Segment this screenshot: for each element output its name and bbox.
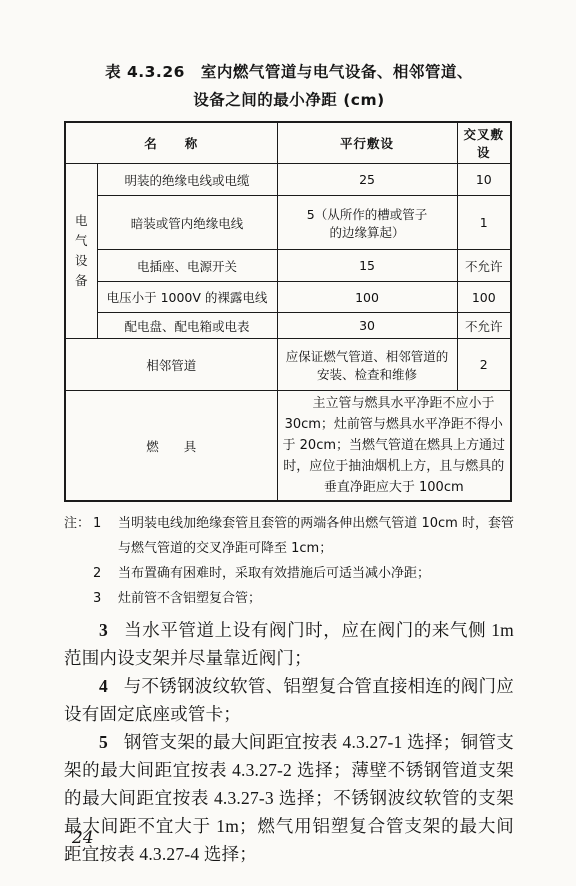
row-name: 电插座、电源开关 xyxy=(97,250,277,282)
note-number: 1 xyxy=(93,511,118,561)
note-text: 当布置确有困难时，采取有效措施后可适当减小净距； xyxy=(118,561,514,586)
table-row-gas-appliance: 燃 具 主立管与燃具水平净距不应小于 30cm；灶前管与燃具水平净距不得小于 2… xyxy=(65,391,511,502)
note-item: 2 当布置确有困难时，采取有效措施后可适当减小净距； xyxy=(64,561,514,586)
table-header-row: 名 称 平行敷设 交叉敷设 xyxy=(65,122,511,164)
row-parallel: 15 xyxy=(277,250,457,282)
table-row: 电压小于 1000V 的裸露电线 100 100 xyxy=(65,282,511,313)
clause-text: 钢管支架的最大间距宜按表 4.3.27-1 选择；铜管支架的最大间距宜按表 4.… xyxy=(64,732,514,864)
row-name: 配电盘、配电箱或电表 xyxy=(97,313,277,339)
page-content: 表 4.3.26 室内燃气管道与电气设备、相邻管道、 设备之间的最小净距 (cm… xyxy=(0,0,576,868)
clause-text: 与不锈钢波纹软管、铝塑复合管直接相连的阀门应设有固定底座或管卡； xyxy=(64,676,514,724)
row-name: 明装的绝缘电线或电缆 xyxy=(97,164,277,196)
row-cross: 1 xyxy=(457,196,511,250)
table-title: 表 4.3.26 室内燃气管道与电气设备、相邻管道、 设备之间的最小净距 (cm… xyxy=(64,58,514,114)
clause-5: 5钢管支架的最大间距宜按表 4.3.27-1 选择；铜管支架的最大间距宜按表 4… xyxy=(64,728,514,868)
row-parallel: 25 xyxy=(277,164,457,196)
row-parallel: 5（从所作的槽或管子 的边缘算起） xyxy=(277,196,457,250)
row-parallel: 100 xyxy=(277,282,457,313)
row-name: 燃 具 xyxy=(65,391,277,502)
table-row: 电气 设备 明装的绝缘电线或电缆 25 10 xyxy=(65,164,511,196)
row-cross: 不允许 xyxy=(457,250,511,282)
group-label-electrical: 电气 设备 xyxy=(65,164,97,339)
row-parallel: 应保证燃气管道、相邻管道的 安装、检查和维修 xyxy=(277,339,457,391)
header-cross: 交叉敷设 xyxy=(457,122,511,164)
table-row-adjacent-pipes: 相邻管道 应保证燃气管道、相邻管道的 安装、检查和维修 2 xyxy=(65,339,511,391)
row-cross: 不允许 xyxy=(457,313,511,339)
page-number: 24 xyxy=(72,828,94,848)
note-number: 2 xyxy=(93,561,118,586)
note-item: 注： 1 当明装电线加绝缘套管且套管的两端各伸出燃气管道 10cm 时，套管与燃… xyxy=(64,511,514,561)
header-parallel: 平行敷设 xyxy=(277,122,457,164)
row-cross: 100 xyxy=(457,282,511,313)
clause-number: 5 xyxy=(99,732,108,752)
table-row: 电插座、电源开关 15 不允许 xyxy=(65,250,511,282)
row-parallel: 30 xyxy=(277,313,457,339)
clause-number: 3 xyxy=(99,620,108,640)
clearance-table: 名 称 平行敷设 交叉敷设 电气 设备 明装的绝缘电线或电缆 25 10 暗装或… xyxy=(64,121,512,502)
table-row: 暗装或管内绝缘电线 5（从所作的槽或管子 的边缘算起） 1 xyxy=(65,196,511,250)
table-title-line2: 设备之间的最小净距 (cm) xyxy=(64,86,514,114)
clause-4: 4与不锈钢波纹软管、铝塑复合管直接相连的阀门应设有固定底座或管卡； xyxy=(64,672,514,728)
body-clauses: 3当水平管道上设有阀门时，应在阀门的来气侧 1m 范围内设支架并尽量靠近阀门； … xyxy=(64,616,514,868)
row-name: 电压小于 1000V 的裸露电线 xyxy=(97,282,277,313)
clause-number: 4 xyxy=(99,676,108,696)
row-cross: 10 xyxy=(457,164,511,196)
table-notes: 注： 1 当明装电线加绝缘套管且套管的两端各伸出燃气管道 10cm 时，套管与燃… xyxy=(64,511,514,611)
row-name: 相邻管道 xyxy=(65,339,277,391)
header-name: 名 称 xyxy=(65,122,277,164)
table-title-line1: 表 4.3.26 室内燃气管道与电气设备、相邻管道、 xyxy=(64,58,514,86)
note-text: 灶前管不含铝塑复合管； xyxy=(118,586,514,611)
table-row: 配电盘、配电箱或电表 30 不允许 xyxy=(65,313,511,339)
note-text: 当明装电线加绝缘套管且套管的两端各伸出燃气管道 10cm 时，套管与燃气管道的交… xyxy=(118,511,514,561)
clause-3: 3当水平管道上设有阀门时，应在阀门的来气侧 1m 范围内设支架并尽量靠近阀门； xyxy=(64,616,514,672)
clause-text: 当水平管道上设有阀门时，应在阀门的来气侧 1m 范围内设支架并尽量靠近阀门； xyxy=(64,620,514,668)
row-appliance-requirements: 主立管与燃具水平净距不应小于 30cm；灶前管与燃具水平净距不得小于 20cm；… xyxy=(277,391,511,502)
note-label: 注： xyxy=(64,511,93,561)
note-item: 3 灶前管不含铝塑复合管； xyxy=(64,586,514,611)
row-name: 暗装或管内绝缘电线 xyxy=(97,196,277,250)
note-number: 3 xyxy=(93,586,118,611)
document-page: 表 4.3.26 室内燃气管道与电气设备、相邻管道、 设备之间的最小净距 (cm… xyxy=(0,0,576,886)
row-cross: 2 xyxy=(457,339,511,391)
